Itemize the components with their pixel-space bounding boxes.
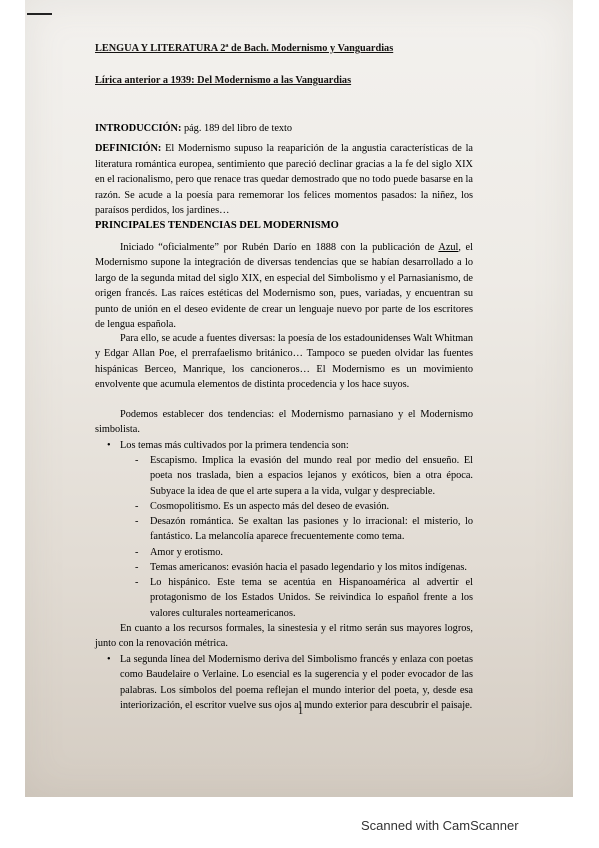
- margin-mark: [27, 13, 52, 15]
- theme-text: Cosmopolitismo. Es un aspecto más del de…: [150, 501, 389, 512]
- book-title-azul: Azul: [438, 242, 458, 253]
- definition-paragraph: DEFINICIÓN: El Modernismo supuso la reap…: [95, 141, 473, 219]
- definition-text: El Modernismo supuso la reaparición de l…: [95, 143, 473, 216]
- theme-item: - Temas americanos: evasión hacia el pas…: [150, 560, 473, 575]
- bullet-icon: •: [107, 438, 111, 453]
- bullet-text: La segunda línea del Modernismo deriva d…: [120, 654, 473, 711]
- theme-text: Amor y erotismo.: [150, 547, 223, 558]
- definition-label: DEFINICIÓN:: [95, 143, 161, 154]
- theme-text: Desazón romántica. Se exaltan las pasion…: [150, 516, 473, 542]
- dash-icon: -: [135, 560, 138, 575]
- dash-icon: -: [135, 575, 138, 590]
- theme-item: - Desazón romántica. Se exaltan las pasi…: [150, 514, 473, 545]
- theme-item: - Lo hispánico. Este tema se acentúa en …: [150, 575, 473, 621]
- theme-item: - Amor y erotismo.: [150, 545, 473, 560]
- para1-text-b: , el Modernismo supone la integración de…: [95, 242, 473, 330]
- theme-item: - Escapismo. Implica la evasión del mund…: [150, 453, 473, 499]
- paragraph-sources: Para ello, se acude a fuentes diversas: …: [95, 331, 473, 393]
- theme-text: Lo hispánico. Este tema se acentúa en Hi…: [150, 577, 473, 619]
- scanned-page: LENGUA Y LITERATURA 2ª de Bach. Modernis…: [25, 0, 573, 797]
- intro-text: pág. 189 del libro de texto: [181, 123, 292, 134]
- para1-text-a: Iniciado “oficialmente” por Rubén Darío …: [120, 242, 438, 253]
- intro-label: INTRODUCCIÓN:: [95, 123, 181, 134]
- document-subtitle: Lírica anterior a 1939: Del Modernismo a…: [95, 75, 351, 86]
- page-number: 1: [298, 706, 303, 717]
- theme-text: Escapismo. Implica la evasión del mundo …: [150, 455, 473, 497]
- introduction-line: INTRODUCCIÓN: pág. 189 del libro de text…: [95, 123, 292, 134]
- dash-icon: -: [135, 499, 138, 514]
- dash-icon: -: [135, 545, 138, 560]
- document-title: LENGUA Y LITERATURA 2ª de Bach. Modernis…: [95, 43, 393, 54]
- theme-text: Temas americanos: evasión hacia el pasad…: [150, 562, 467, 573]
- bullet-second-tendency: • La segunda línea del Modernismo deriva…: [120, 652, 473, 714]
- bullet-first-tendency: • Los temas más cultivados por la primer…: [120, 438, 473, 453]
- camscanner-watermark: Scanned with CamScanner: [361, 818, 519, 833]
- bullet-icon: •: [107, 652, 111, 667]
- dash-icon: -: [135, 514, 138, 529]
- paragraph-tendencies: Podemos establecer dos tendencias: el Mo…: [95, 407, 473, 438]
- theme-item: - Cosmopolitismo. Es un aspecto más del …: [150, 499, 473, 514]
- dash-icon: -: [135, 453, 138, 468]
- paragraph-origins: Iniciado “oficialmente” por Rubén Darío …: [95, 240, 473, 332]
- bullet-text: Los temas más cultivados por la primera …: [120, 440, 349, 451]
- section-heading: PRINCIPALES TENDENCIAS DEL MODERNISMO: [95, 220, 339, 231]
- paragraph-formal-resources: En cuanto a los recursos formales, la si…: [95, 621, 473, 652]
